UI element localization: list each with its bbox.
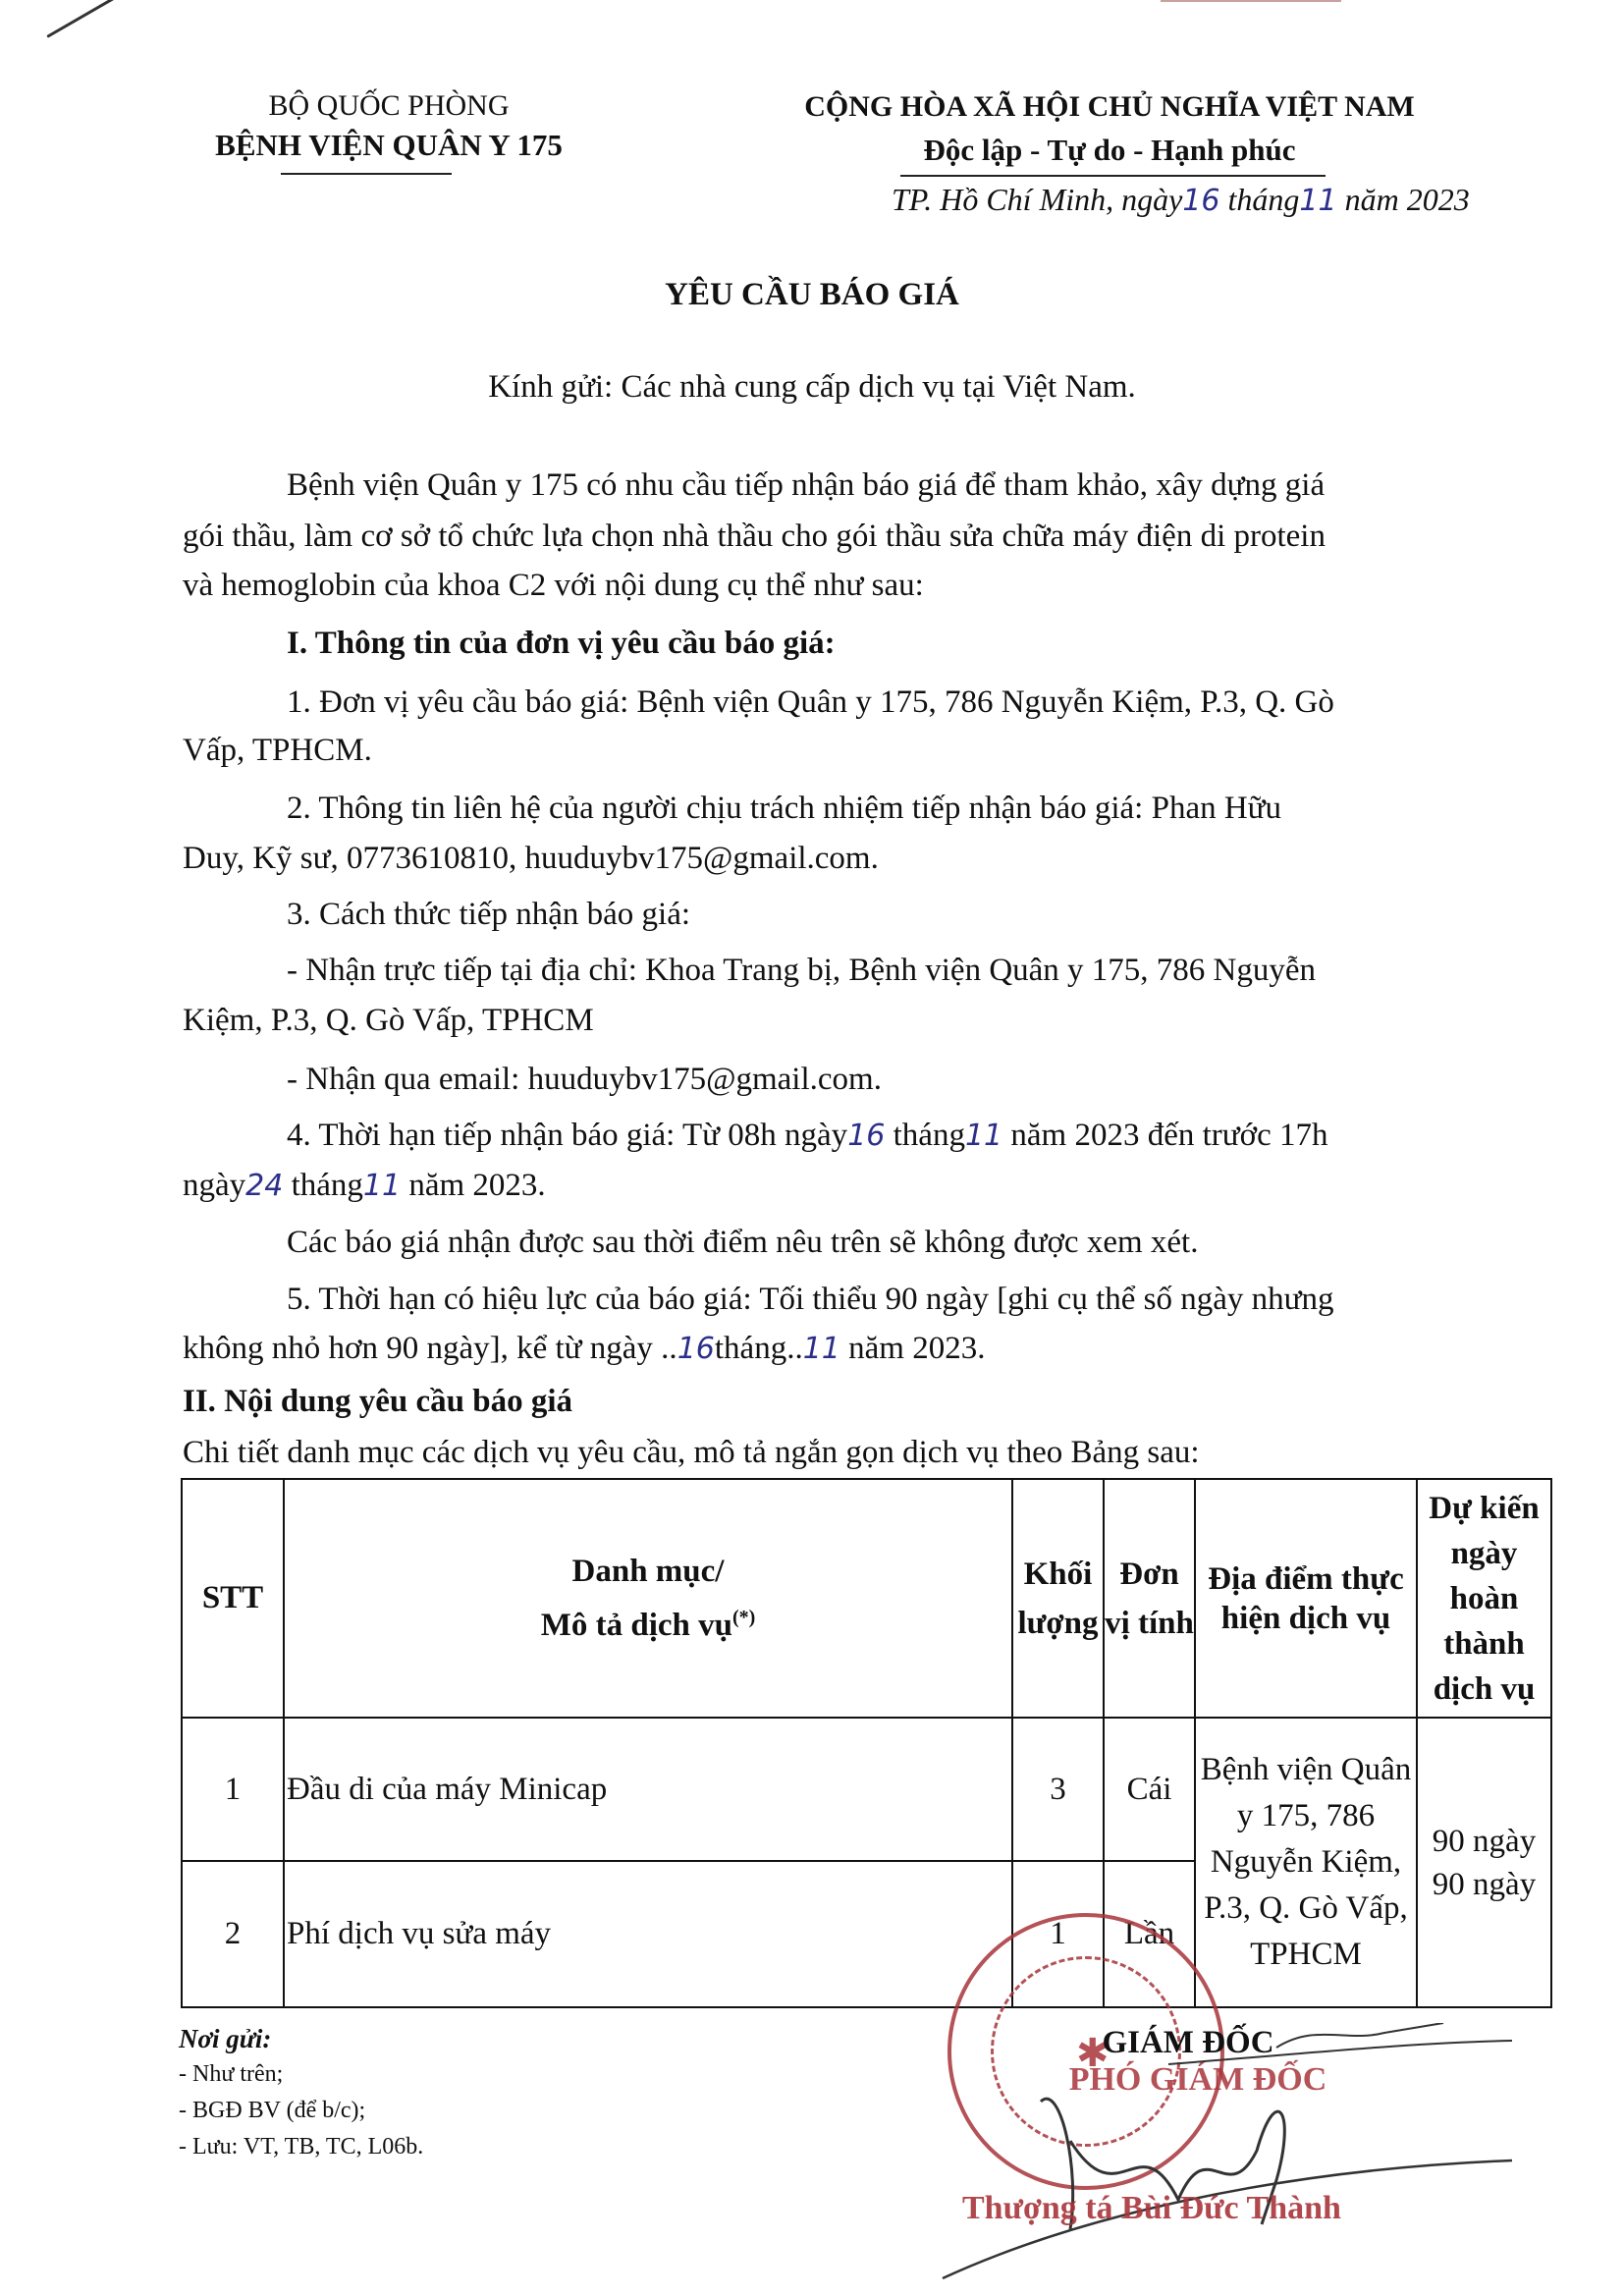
intro-line-1: Bệnh viện Quân y 175 có nhu cầu tiếp nhậ… [287, 469, 1325, 502]
late-quote-note: Các báo giá nhận được sau thời điểm nêu … [287, 1227, 1198, 1259]
section2-heading: II. Nội dung yêu cầu báo giá [183, 1386, 572, 1418]
row1-description: Đầu di của máy Minicap [284, 1718, 1012, 1861]
document-date: TP. Hồ Chí Minh, ngày16 tháng11 năm 2023 [892, 181, 1470, 220]
pen-mark [46, 0, 116, 38]
recipient-item: - Như trên; [179, 2056, 423, 2093]
header-quantity: Khối lượng [1012, 1479, 1104, 1718]
item4-line-1: 4. Thời hạn tiếp nhận báo giá: Từ 08h ng… [287, 1120, 1328, 1152]
table-row: 1 Đầu di của máy Minicap 3 Cái Bệnh viện… [182, 1718, 1551, 1861]
date-prefix: TP. Hồ Chí Minh, ngày [892, 182, 1182, 217]
item5-month-handwritten: 11 [803, 1332, 840, 1366]
item3: 3. Cách thức tiếp nhận báo giá: [287, 899, 690, 931]
date-month-handwritten: 11 [1299, 184, 1336, 218]
header-stt: STT [182, 1479, 284, 1718]
item4-text-e: tháng [292, 1168, 363, 1203]
date-day-handwritten: 16 [1182, 184, 1219, 218]
item4-line-2: ngày24 tháng11 năm 2023. [183, 1170, 546, 1202]
intro-line-3: và hemoglobin của khoa C2 với nội dung c… [183, 570, 924, 602]
header-desc-line1: Danh mục/ [285, 1549, 1011, 1595]
item3b: - Nhận qua email: huuduybv175@gmail.com. [287, 1064, 882, 1096]
section1-heading: I. Thông tin của đơn vị yêu cầu báo giá: [287, 628, 836, 660]
item2-line-2: Duy, Kỹ sư, 0773610810, huuduybv175@gmai… [183, 843, 879, 875]
header-description: Danh mục/ Mô tả dịch vụ(*) [284, 1479, 1012, 1718]
item5-line-1: 5. Thời hạn có hiệu lực của báo giá: Tối… [287, 1284, 1334, 1316]
item4-text-f: năm 2023. [408, 1168, 545, 1203]
recipient-line: Kính gửi: Các nhà cung cấp dịch vụ tại V… [0, 367, 1624, 407]
national-motto: Độc lập - Tự do - Hạnh phúc [884, 131, 1335, 170]
header-unit: Đơn vị tính [1104, 1479, 1195, 1718]
eta-value-1: 90 ngày [1418, 1820, 1550, 1863]
top-edge-mark [1161, 0, 1341, 2]
item5-text-c: năm 2023. [848, 1331, 985, 1366]
header-desc-footnote: (*) [732, 1607, 755, 1628]
item5-text-b: tháng.. [715, 1331, 803, 1366]
item5-line-2: không nhỏ hơn 90 ngày], kể từ ngày ..16t… [183, 1333, 985, 1365]
recipient-item: - Lưu: VT, TB, TC, L06b. [179, 2129, 423, 2165]
document-title: YÊU CẦU BÁO GIÁ [0, 275, 1624, 314]
header-location: Địa điểm thực hiện dịch vụ [1195, 1479, 1417, 1718]
item1-line-1: 1. Đơn vị yêu cầu báo giá: Bệnh viện Quâ… [287, 686, 1334, 719]
item4-month-to-handwritten: 11 [363, 1169, 401, 1203]
recipients-title: Nơi gửi: [179, 2021, 423, 2056]
service-eta: 90 ngày 90 ngày [1417, 1718, 1551, 2007]
item4-text-c: năm 2023 đến trước 17h [1010, 1118, 1327, 1153]
date-month-label: tháng [1228, 182, 1300, 217]
signature-scribble [923, 2023, 1532, 2288]
item3a-line-2: Kiệm, P.3, Q. Gò Vấp, TPHCM [183, 1005, 594, 1037]
item5-day-handwritten: 16 [677, 1332, 715, 1366]
recipient-item: - BGĐ BV (để b/c); [179, 2093, 423, 2129]
row1-unit: Cái [1104, 1718, 1195, 1861]
section2-subtitle: Chi tiết danh mục các dịch vụ yêu cầu, m… [183, 1437, 1200, 1469]
item5-text-a: không nhỏ hơn 90 ngày], kể từ ngày .. [183, 1331, 677, 1366]
signer-name-stamped: Thượng tá Bùi Đức Thành [962, 2188, 1341, 2229]
date-year: năm 2023 [1345, 182, 1470, 217]
national-title: CỘNG HÒA XÃ HỘI CHỦ NGHĨA VIỆT NAM [785, 88, 1434, 126]
service-location: Bệnh viện Quân y 175, 786 Nguyễn Kiệm, P… [1195, 1718, 1417, 2007]
hospital-underline [281, 173, 452, 175]
row2-description: Phí dịch vụ sửa máy [284, 1861, 1012, 2007]
item1-line-2: Vấp, TPHCM. [183, 735, 372, 767]
row1-quantity: 3 [1012, 1718, 1104, 1861]
intro-line-2: gói thầu, làm cơ sở tổ chức lựa chọn nhà… [183, 520, 1326, 553]
item3a-line-1: - Nhận trực tiếp tại địa chỉ: Khoa Trang… [287, 955, 1316, 987]
table-header-row: STT Danh mục/ Mô tả dịch vụ(*) Khối lượn… [182, 1479, 1551, 1718]
motto-underline [900, 175, 1326, 177]
item4-day-from-handwritten: 16 [847, 1119, 885, 1153]
ministry-name: BỘ QUỐC PHÒNG [177, 86, 601, 126]
header-desc-line2: Mô tả dịch vụ(*) [285, 1595, 1011, 1649]
eta-value-2: 90 ngày [1418, 1863, 1550, 1906]
item4-text-a: 4. Thời hạn tiếp nhận báo giá: Từ 08h ng… [287, 1118, 847, 1153]
row2-stt: 2 [182, 1861, 284, 2007]
item4-day-to-handwritten: 24 [245, 1169, 283, 1203]
hospital-name: BỆNH VIỆN QUÂN Y 175 [177, 126, 601, 165]
item4-text-d: ngày [183, 1168, 245, 1203]
header-eta: Dự kiến ngày hoàn thành dịch vụ [1417, 1479, 1551, 1718]
header-desc-text: Mô tả dịch vụ [541, 1608, 732, 1643]
item2-line-1: 2. Thông tin liên hệ của người chịu trác… [287, 793, 1281, 825]
services-table: STT Danh mục/ Mô tả dịch vụ(*) Khối lượn… [181, 1478, 1552, 2008]
item4-month-from-handwritten: 11 [965, 1119, 1002, 1153]
header-left: BỘ QUỐC PHÒNG BỆNH VIỆN QUÂN Y 175 [177, 86, 601, 165]
recipients-block: Nơi gửi: - Như trên; - BGĐ BV (để b/c); … [179, 2021, 423, 2165]
row1-stt: 1 [182, 1718, 284, 1861]
item4-text-b: tháng [893, 1118, 965, 1153]
